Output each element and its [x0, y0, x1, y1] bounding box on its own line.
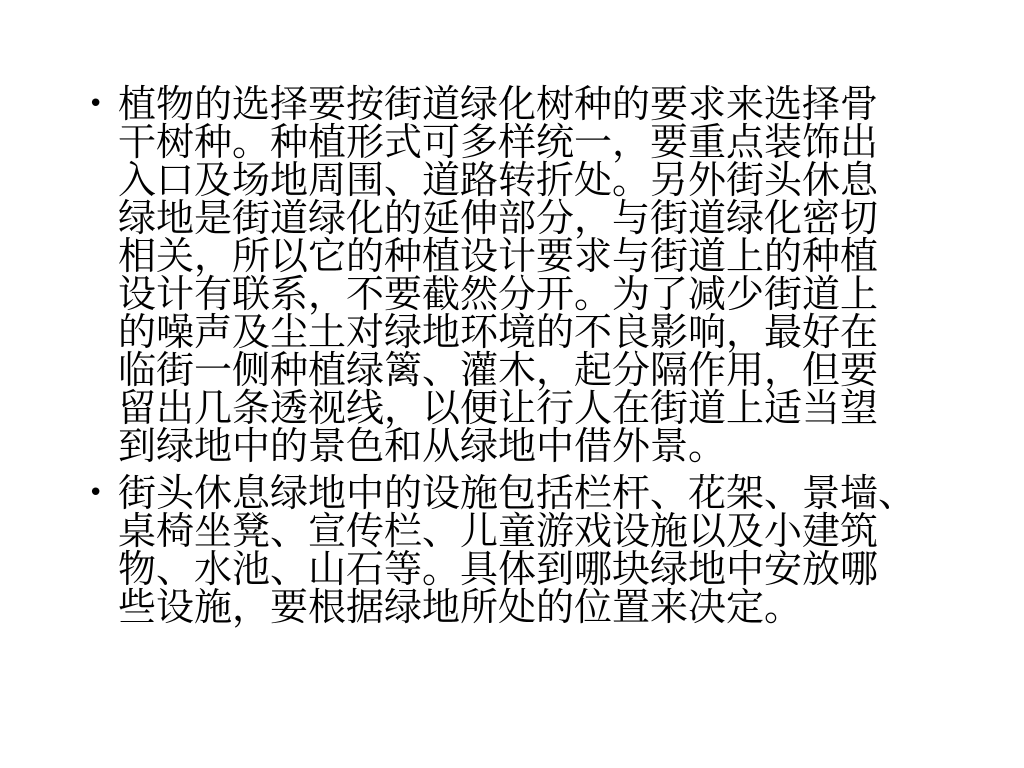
text-line: 临街一侧种植绿篱、灌木，起分隔作用，但要 — [118, 351, 958, 389]
slide-body: • 植物的选择要按街道绿化树种的要求来选择骨 干树种。种植形式可多样统一，要重点… — [88, 85, 958, 635]
text-line: 干树种。种植形式可多样统一，要重点装饰出 — [118, 123, 958, 161]
paragraph-1-lines: 植物的选择要按街道绿化树种的要求来选择骨 干树种。种植形式可多样统一，要重点装饰… — [118, 85, 958, 465]
bullet-icon: • — [88, 85, 118, 123]
text-line: 绿地是街道绿化的延伸部分，与街道绿化密切 — [118, 199, 958, 237]
text-line: 植物的选择要按街道绿化树种的要求来选择骨 — [118, 85, 958, 123]
text-line: 相关，所以它的种植设计要求与街道上的种植 — [118, 237, 958, 275]
text-line: 街头休息绿地中的设施包括栏杆、花架、景墙、 — [118, 474, 958, 512]
text-line: 到绿地中的景色和从绿地中借外景。 — [118, 427, 958, 465]
text-line: 设计有联系，不要截然分开。为了减少街道上 — [118, 275, 958, 313]
bullet-paragraph-2: • 街头休息绿地中的设施包括栏杆、花架、景墙、 桌椅坐凳、宣传栏、儿童游戏设施以… — [88, 474, 958, 626]
paragraph-2-lines: 街头休息绿地中的设施包括栏杆、花架、景墙、 桌椅坐凳、宣传栏、儿童游戏设施以及小… — [118, 474, 958, 626]
text-line: 入口及场地周围、道路转折处。另外街头休息 — [118, 161, 958, 199]
text-line: 桌椅坐凳、宣传栏、儿童游戏设施以及小建筑 — [118, 512, 958, 550]
text-line: 些设施，要根据绿地所处的位置来决定。 — [118, 588, 958, 626]
bullet-paragraph-1: • 植物的选择要按街道绿化树种的要求来选择骨 干树种。种植形式可多样统一，要重点… — [88, 85, 958, 465]
text-line: 的噪声及尘土对绿地环境的不良影响，最好在 — [118, 313, 958, 351]
text-line: 留出几条透视线，以便让行人在街道上适当望 — [118, 389, 958, 427]
slide-canvas: • 植物的选择要按街道绿化树种的要求来选择骨 干树种。种植形式可多样统一，要重点… — [0, 0, 1024, 768]
bullet-icon: • — [88, 474, 118, 512]
text-line: 物、水池、山石等。具体到哪块绿地中安放哪 — [118, 550, 958, 588]
